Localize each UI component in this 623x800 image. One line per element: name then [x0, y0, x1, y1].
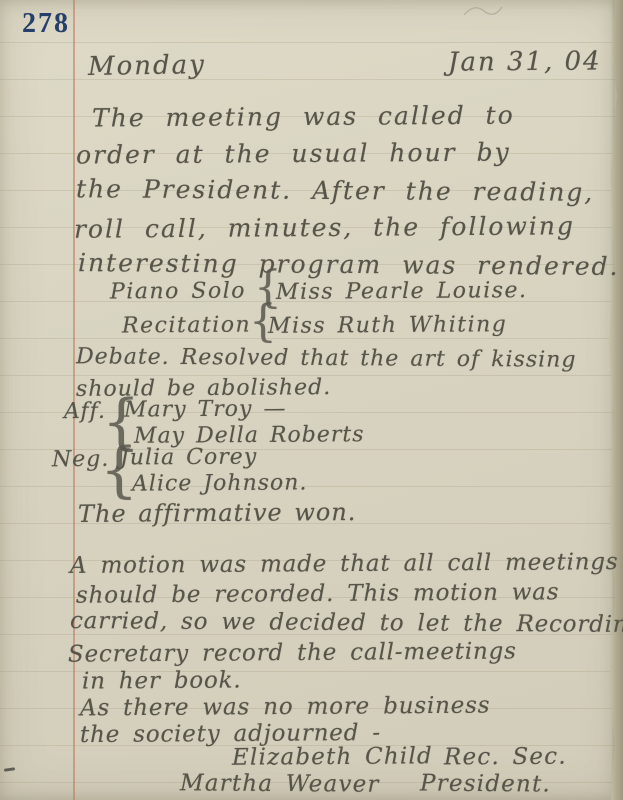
page-number: 278: [22, 8, 70, 40]
motion-line: should be recorded. This motion was: [76, 580, 560, 609]
debater-name: Julia Corey: [120, 446, 257, 471]
ledger-page: 278 Monday Jan 31, 04 The meeting was ca…: [0, 0, 623, 800]
signature-name: Martha Weaver: [180, 771, 380, 798]
program-item-label: Piano Solo: [110, 280, 246, 305]
motion-line: in her book.: [82, 668, 242, 694]
pencil-smudge-mark: [462, 1, 504, 21]
body-line: interesting program was rendered.: [78, 249, 620, 280]
signature-title: Rec. Sec.: [444, 745, 567, 771]
debater-name: Mary Troy —: [124, 397, 287, 422]
body-line: The meeting was called to: [92, 102, 515, 132]
ink-dash-mark: [4, 767, 15, 772]
closing-line: As there was no more business: [80, 694, 490, 722]
debate-result: The affirmative won.: [78, 499, 357, 527]
torn-page-edge: [607, 0, 623, 800]
program-item-label: Recitation: [122, 314, 251, 339]
signature-name: Elizabeth Child: [232, 744, 433, 771]
motion-line: Secretary record the call-meetings: [68, 639, 517, 667]
motion-line: carried, so we decided to let the Record…: [70, 609, 623, 638]
debate-line: Debate. Resolved that the art of kissing: [76, 345, 577, 373]
body-line: roll call, minutes, the following: [74, 212, 575, 243]
program-performer: Miss Ruth Whiting: [268, 313, 507, 339]
entry-date: Jan 31, 04: [448, 47, 602, 77]
signature-title: President.: [420, 772, 551, 798]
entry-day: Monday: [88, 51, 206, 82]
motion-line: A motion was made that all call meetings: [70, 550, 619, 579]
debater-name: Alice Johnson.: [132, 471, 308, 496]
affirmative-label: Aff.: [64, 400, 106, 424]
body-line: the President. After the reading,: [76, 175, 595, 206]
program-performer: Miss Pearle Louise.: [276, 279, 528, 305]
body-line: order at the usual hour by: [76, 138, 511, 169]
